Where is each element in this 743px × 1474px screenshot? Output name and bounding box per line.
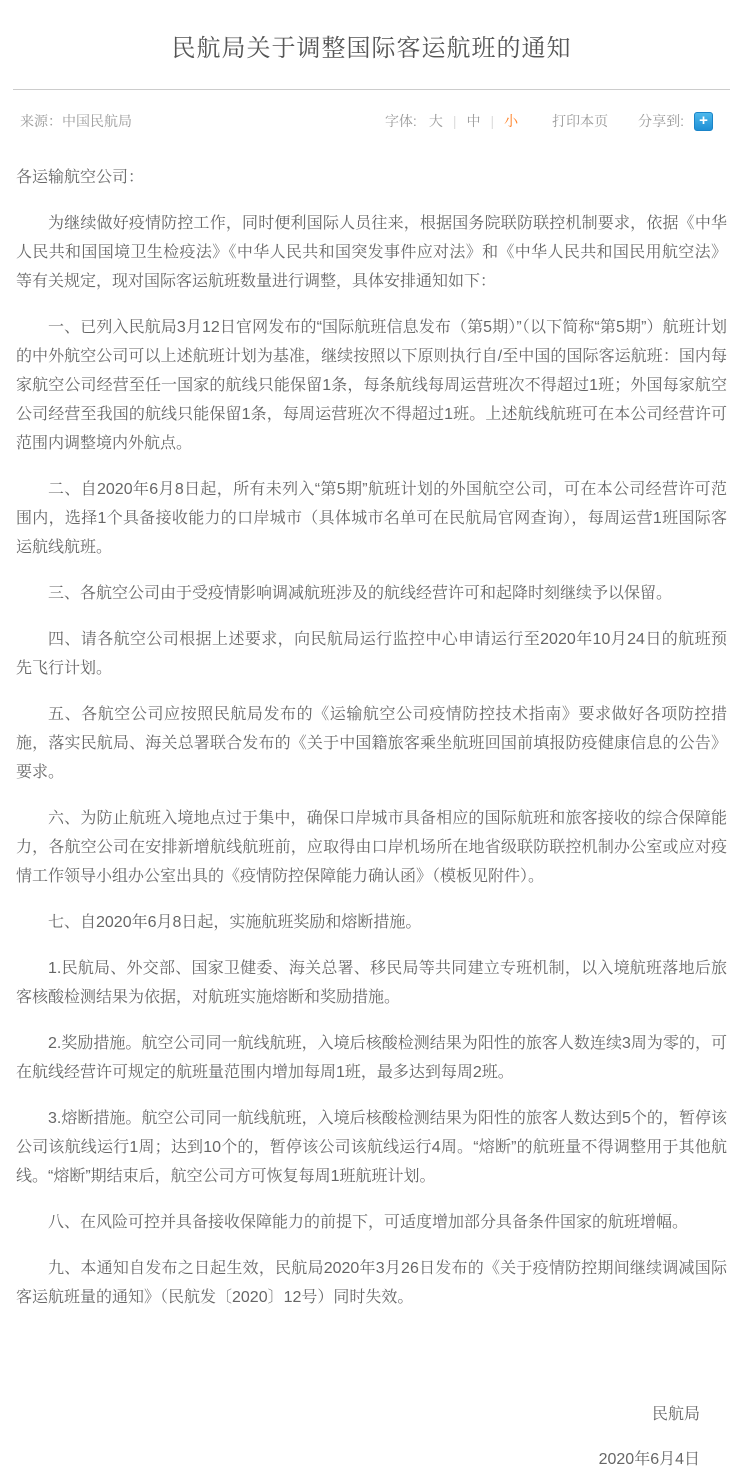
font-size-large-button[interactable]: 大 bbox=[429, 111, 443, 131]
notice-body: 各运输航空公司： 为继续做好疫情防控工作，同时便利国际人员往来，根据国务院联防联… bbox=[0, 163, 743, 1474]
paragraph-subitem-3: 3.熔断措施。航空公司同一航线航班，入境后核酸检测结果为阳性的旅客人数达到5个的… bbox=[16, 1104, 727, 1191]
notice-page: 民航局关于调整国际客运航班的通知 来源：中国民航局 字体: 大 | 中 | 小 … bbox=[0, 0, 743, 1474]
paragraph-item-8: 八、在风险可控并具备接收保障能力的前提下，可适度增加部分具备条件国家的航班增幅。 bbox=[16, 1208, 727, 1237]
paragraph-item-2: 二、自2020年6月8日起，所有未列入“第5期”航班计划的外国航空公司，可在本公… bbox=[16, 475, 727, 562]
paragraph-subitem-1: 1.民航局、外交部、国家卫健委、海关总署、移民局等共同建立专班机制，以入境航班落… bbox=[16, 954, 727, 1012]
font-size-medium-button[interactable]: 中 bbox=[466, 111, 480, 131]
meta-controls: 字体: 大 | 中 | 小 打印本页 分享到: + bbox=[385, 111, 713, 131]
paragraph-item-9: 九、本通知自发布之日起生效，民航局2020年3月26日发布的《关于疫情防控期间继… bbox=[16, 1254, 727, 1312]
meta-bar: 来源：中国民航局 字体: 大 | 中 | 小 打印本页 分享到: + bbox=[0, 111, 743, 131]
print-page-button[interactable]: 打印本页 bbox=[552, 111, 608, 131]
source-label: 来源： bbox=[20, 113, 62, 129]
paragraph-item-4: 四、请各航空公司根据上述要求，向民航局运行监控中心申请运行至2020年10月24… bbox=[16, 625, 727, 683]
signature-block: 民航局 2020年6月4日 bbox=[16, 1400, 727, 1474]
paragraph-item-6: 六、为防止航班入境地点过于集中，确保口岸城市具备相应的国际航班和旅客接收的综合保… bbox=[16, 804, 727, 891]
paragraph-item-5: 五、各航空公司应按照民航局发布的《运输航空公司疫情防控技术指南》要求做好各项防控… bbox=[16, 700, 727, 787]
font-size-label: 字体: bbox=[385, 111, 417, 131]
paragraph-subitem-2: 2.奖励措施。航空公司同一航线航班，入境后核酸检测结果为阳性的旅客人数连续3周为… bbox=[16, 1029, 727, 1087]
paragraph-item-1: 一、已列入民航局3月12日官网发布的“国际航班信息发布（第5期）”（以下简称“第… bbox=[16, 313, 727, 458]
signature-date: 2020年6月4日 bbox=[16, 1445, 700, 1474]
title-divider bbox=[13, 89, 730, 90]
font-size-small-button[interactable]: 小 bbox=[504, 111, 518, 131]
page-title: 民航局关于调整国际客运航班的通知 bbox=[0, 28, 743, 63]
source-info: 来源：中国民航局 bbox=[20, 111, 132, 131]
plus-share-icon: + bbox=[699, 113, 708, 128]
share-button[interactable]: + bbox=[694, 112, 713, 131]
paragraph-intro: 为继续做好疫情防控工作，同时便利国际人员往来，根据国务院联防联控机制要求，依据《… bbox=[16, 209, 727, 296]
source-value: 中国民航局 bbox=[62, 113, 132, 129]
paragraph-item-3: 三、各航空公司由于受疫情影响调减航班涉及的航线经营许可和起降时刻继续予以保留。 bbox=[16, 579, 727, 608]
separator: | bbox=[453, 113, 457, 129]
paragraph-item-7: 七、自2020年6月8日起，实施航班奖励和熔断措施。 bbox=[16, 908, 727, 937]
separator: | bbox=[490, 113, 494, 129]
signature-agency: 民航局 bbox=[16, 1400, 700, 1429]
salutation: 各运输航空公司： bbox=[16, 163, 727, 192]
share-label: 分享到: bbox=[638, 111, 684, 131]
